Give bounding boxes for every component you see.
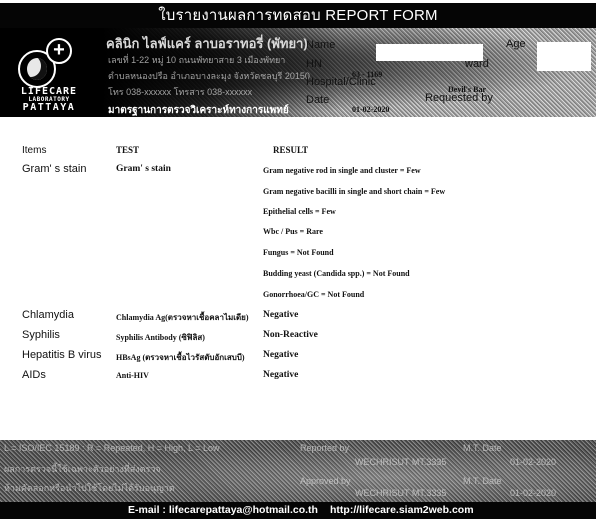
approved-by-label: Approved by	[300, 476, 351, 486]
approve-date-value: 01-02-2020	[510, 488, 556, 498]
contact-website[interactable]: http://lifecare.siam2web.com	[330, 502, 474, 519]
reported-by-value: WECHRISUT MT.3335	[355, 457, 446, 467]
clinic-standard: มาตรฐานการตรวจวิเคราะห์ทางการแพทย์	[108, 103, 289, 118]
result-hepatitis-b: Negative	[263, 350, 298, 360]
contact-email[interactable]: E-mail : lifecarepattaya@hotmail.co.th	[128, 502, 318, 519]
name-label: Name	[306, 39, 335, 51]
clinic-name: คลินิก ไลฟ์แคร์ ลาบอราทอรี่ (พัทยา)	[106, 33, 308, 54]
hn-value: 63 - 1169	[352, 70, 382, 79]
clinic-address-1: เลขที่ 1-22 หมู่ 10 ถนนพัทยาสาย 3 เมืองพ…	[108, 53, 285, 67]
hn-label: HN	[306, 58, 322, 70]
contact-bar: E-mail : lifecarepattaya@hotmail.co.th h…	[0, 502, 596, 519]
clinic-address-3: โทร 038-xxxxxx โทรสาร 038-xxxxxx	[108, 85, 252, 99]
redacted-age	[537, 42, 591, 71]
reported-by-label: Reported by	[300, 443, 349, 453]
thai-note-2: ห้ามคัดลอกหรือนำไปใช้โดยไม่ได้รับอนุญาต	[4, 481, 175, 495]
logo-line-3: PATTAYA	[14, 104, 84, 112]
approve-date-label: M.T. Date	[463, 476, 502, 486]
item-chlamydia: Chlamydia	[22, 309, 74, 321]
test-hepatitis-b: HBsAg (ตรวจหาเชื้อไวรัสตับอักเสบบี)	[116, 351, 245, 364]
approved-by-value: WECHRISUT MT.3335	[355, 488, 446, 498]
test-gram-stain: Gram' s stain	[116, 164, 171, 174]
item-aids: AIDs	[22, 369, 46, 381]
date-value: 01-02-2020	[352, 105, 389, 114]
report-title: ใบรายงานผลการทดสอบ REPORT FORM	[0, 3, 596, 28]
footer-signature-band: L = ISO/IEC 15189 : R = Repeated, H = Hi…	[0, 440, 596, 502]
report-date-label: M.T. Date	[463, 443, 502, 453]
report-date-value: 01-02-2020	[510, 457, 556, 467]
result-column-header: RESULT	[273, 145, 308, 155]
result-line: Gram negative bacilli in single and shor…	[263, 187, 445, 196]
redacted-name	[376, 44, 483, 61]
result-aids: Negative	[263, 370, 298, 380]
result-syphilis: Non-Reactive	[263, 330, 318, 340]
result-line: Gram negative rod in single and cluster …	[263, 166, 421, 175]
test-chlamydia: Chlamydia Ag(ตรวจหาเชื้อคลาไมเดีย)	[116, 311, 249, 324]
age-label: Age	[506, 38, 526, 50]
result-line: Wbc / Pus = Rare	[263, 227, 323, 236]
thai-note-1: ผลการตรวจนี้ใช้เฉพาะตัวอย่างที่ส่งตรวจ	[4, 462, 161, 476]
requested-by-value: Devil's Bar	[448, 85, 486, 94]
test-column-header: TEST	[116, 145, 139, 155]
result-line: Epithelial cells = Few	[263, 207, 336, 216]
item-syphilis: Syphilis	[22, 329, 60, 341]
result-chlamydia: Negative	[263, 310, 298, 320]
logo-line-1: LIFECARE	[14, 88, 84, 96]
result-line: Fungus = Not Found	[263, 248, 334, 257]
date-label: Date	[306, 94, 329, 106]
test-aids: Anti-HIV	[116, 371, 149, 380]
lifecare-logo: + LIFECARE LABORATORY PATTAYA	[12, 36, 102, 114]
legend-line: L = ISO/IEC 15189 : R = Repeated, H = Hi…	[4, 443, 219, 453]
report-page: ใบรายงานผลการทดสอบ REPORT FORM + LIFECAR…	[0, 0, 600, 530]
header-band: + LIFECARE LABORATORY PATTAYA คลินิก ไลฟ…	[0, 28, 596, 117]
result-line: Gonorrhoea/GC = Not Found	[263, 290, 364, 299]
item-gram-stain: Gram' s stain	[22, 163, 86, 175]
test-syphilis: Syphilis Antibody (ซิฟิลิส)	[116, 331, 205, 344]
medical-cross-icon: +	[46, 38, 72, 64]
result-line: Budding yeast (Candida spp.) = Not Found	[263, 269, 410, 278]
items-column-header: Items	[22, 145, 46, 156]
item-hepatitis-b: Hepatitis B virus	[22, 349, 101, 361]
clinic-address-2: ตำบลหนองปรือ อำเภอบางละมุง จังหวัดชลบุรี…	[108, 69, 310, 83]
